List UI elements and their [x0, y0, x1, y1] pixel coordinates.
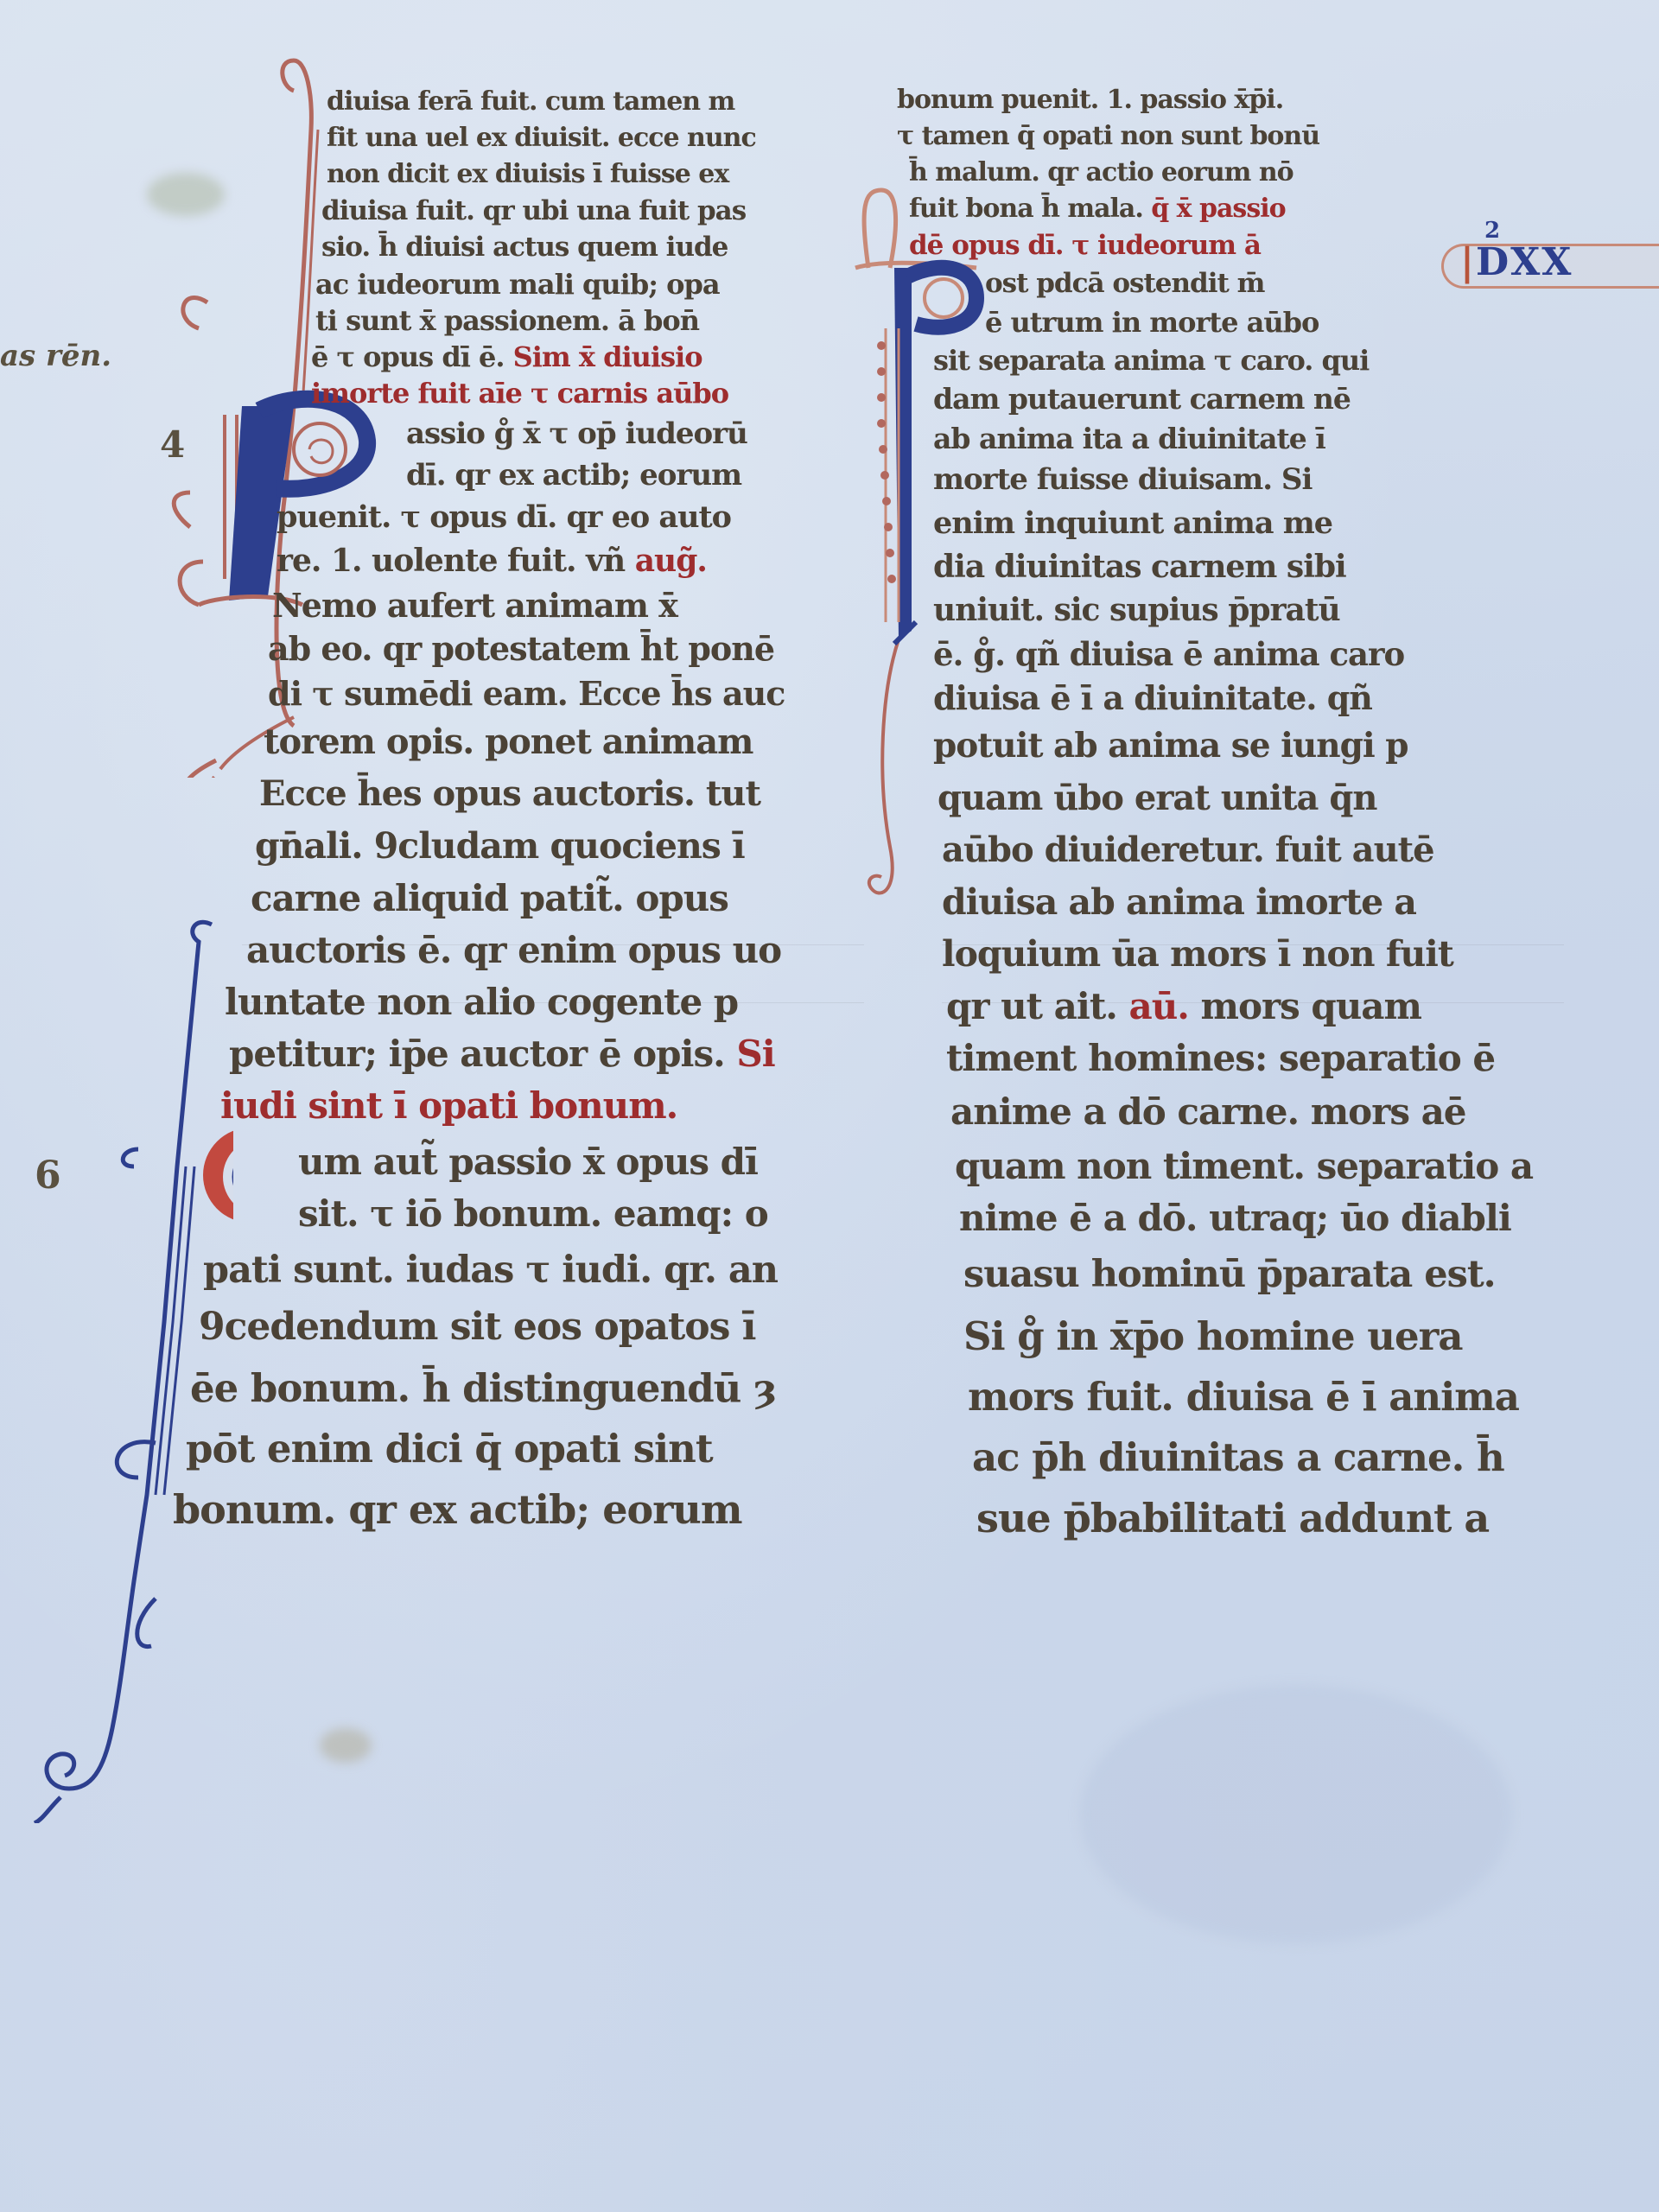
left-line-5: sio. h̄ diuisi actus quem iude: [321, 232, 728, 263]
left-line-27: pati sunt. iudas τ iudi. qr. an: [203, 1249, 778, 1292]
right-line-2: τ tamen q̄ opati non sunt bonū: [897, 121, 1319, 151]
right-line-23: timent homines: separatio ē: [946, 1037, 1495, 1079]
parchment-stain: [1080, 1685, 1512, 1944]
left-line-9-rubric: imorte fuit aīe τ carnis aūbo: [311, 377, 728, 410]
left-line-17: torem opis. ponet animam: [264, 721, 753, 762]
right-line-19: aūbo diuideretur. fuit autē: [942, 829, 1434, 870]
right-line-18: quam ūbo erat unita q̄n: [938, 778, 1376, 818]
left-line-18: Ecce h̄es opus auctoris. tut: [259, 773, 760, 814]
right-line-7: ē utrum in morte aūbo: [985, 306, 1319, 339]
parchment-stain: [320, 1728, 372, 1763]
right-line-5-rubric: dē opus dī. τ iudeorum ā: [909, 230, 1261, 261]
left-line-22: luntate non alio cogente p: [225, 981, 738, 1023]
right-line-15: ē. g̊. qñ diuisa ē anima caro: [933, 635, 1404, 673]
left-line-7: ti sunt x̄ passionem. ā bon̄: [315, 304, 699, 337]
rubric-au: aū.: [1129, 985, 1189, 1027]
running-header: |DXX: [1460, 240, 1573, 284]
left-line-3: non dicit ex diuisis ī fuisse ex: [327, 159, 728, 189]
right-line-1: bonum puenit. 1. passio x̄p̄i.: [897, 85, 1283, 115]
left-line-11: dī. qr ex actib; eorum: [406, 458, 741, 493]
left-line-12: puenit. τ opus dī. qr eo auto: [276, 499, 731, 535]
right-line-4-text: fuit bona h̄ mala.: [909, 194, 1143, 224]
rubric-aug: aug̃.: [635, 543, 707, 579]
left-line-21: auctoris ē. qr enim opus uo: [246, 929, 781, 971]
right-line-21: loquium ūa mors ī non fuit: [942, 933, 1453, 975]
rubric-inline: Sim x̄ diuisio: [513, 340, 702, 373]
left-line-10: assio g̊ x̄ τ op̄ iudeorū: [406, 416, 747, 451]
right-line-8: sit separata anima τ caro. qui: [933, 344, 1369, 377]
right-line-3: h̄ malum. qr actio eorum nō: [909, 157, 1294, 188]
right-line-22-rest: mors quam: [1201, 985, 1421, 1027]
right-line-12: enim inquiunt anima me: [933, 505, 1332, 541]
left-line-8-text: ē τ opus dī ē.: [311, 340, 504, 373]
left-line-1: diuisa ferā fuit. cum tamen m: [327, 86, 734, 117]
left-line-31: bonum. qr ex actib; eorum: [173, 1486, 742, 1533]
right-line-10: ab anima ita a diuinitate ī: [933, 422, 1325, 455]
left-line-4: diuisa fuit. qr ubi una fuit pas: [321, 195, 746, 226]
right-line-20: diuisa ab anima imorte a: [942, 881, 1416, 923]
left-line-6: ac iudeorum mali quib; opa: [315, 268, 720, 301]
right-line-30: ac p̄h diuinitas a carne. h̄: [972, 1434, 1504, 1480]
right-line-24: anime a dō carne. mors aē: [950, 1090, 1466, 1133]
right-line-6: ost pdcā ostendit m̄: [985, 268, 1264, 299]
left-line-20: carne aliquid patit̃. opus: [251, 877, 728, 919]
right-line-29: mors fuit. diuisa ē ī anima: [968, 1374, 1519, 1420]
left-line-2: fit una uel ex diuisit. ecce nunc: [327, 123, 756, 153]
left-line-16: di τ sumēdi eam. Ecce h̄s auc: [268, 674, 785, 713]
right-line-26: nime ē a dō. utraq; ūo diabli: [959, 1197, 1511, 1239]
right-line-27: suasu hominū p̄parata est.: [963, 1253, 1496, 1296]
right-line-13: dia diuinitas carnem sibi: [933, 549, 1346, 585]
margin-note-left: as rēn.: [0, 339, 111, 373]
rubric-si: Si: [736, 1033, 774, 1075]
left-line-28: 9cedendum sit eos opatos ī: [199, 1305, 755, 1349]
right-line-16: diuisa ē ī a diuinitate. qñ: [933, 678, 1372, 717]
right-line-28: Si g̊ in x̄p̄o homine uera: [963, 1313, 1463, 1359]
right-line-14: uniuit. sic supius p̄pratū: [933, 592, 1340, 628]
right-line-22: qr ut ait. aū. mors quam: [946, 985, 1421, 1027]
left-line-30: pōt enim dici q̄ opati sint: [186, 1426, 713, 1471]
left-line-13-text: re. 1. uolente fuit. vñ: [276, 543, 625, 579]
left-line-15: ab eo. qr potestatem h̄t ponē: [268, 629, 774, 668]
left-line-25: um aut̃ passio x̄ opus dī: [298, 1141, 758, 1183]
right-line-11: morte fuisse diuisam. Si: [933, 462, 1312, 497]
right-line-31: sue p̄babilitati addunt a: [976, 1495, 1489, 1541]
right-line-9: dam putauerunt carnem nē: [933, 382, 1351, 416]
rubric-inline: q̄ x̄ passio: [1151, 194, 1285, 224]
left-line-24-rubric: iudi sint ī opati bonum.: [220, 1084, 677, 1127]
right-line-25: quam non timent. separatio a: [955, 1145, 1533, 1187]
right-line-22-text: qr ut ait.: [946, 985, 1117, 1027]
left-line-26: sit. τ iō bonum. eamq: o: [298, 1192, 768, 1235]
left-line-14: Nemo aufert animam x̄: [272, 586, 677, 625]
right-line-17: potuit ab anima se iungi p: [933, 726, 1408, 766]
right-line-4: fuit bona h̄ mala. q̄ x̄ passio: [909, 194, 1286, 224]
left-line-29: ēe bonum. h̄ distinguendū ȝ: [190, 1365, 776, 1411]
running-header-text: DXX: [1476, 240, 1573, 284]
left-line-19: gn̄ali. 9cludam quociens ī: [255, 825, 745, 867]
left-line-13: re. 1. uolente fuit. vñ aug̃.: [276, 543, 707, 579]
running-header-superscript: 2: [1484, 218, 1500, 244]
left-line-8: ē τ opus dī ē. Sim x̄ diuisio: [311, 340, 702, 373]
left-line-23: petitur; ip̄e auctor ē opis. Si: [229, 1033, 775, 1075]
left-line-23-text: petitur; ip̄e auctor ē opis.: [229, 1033, 725, 1075]
